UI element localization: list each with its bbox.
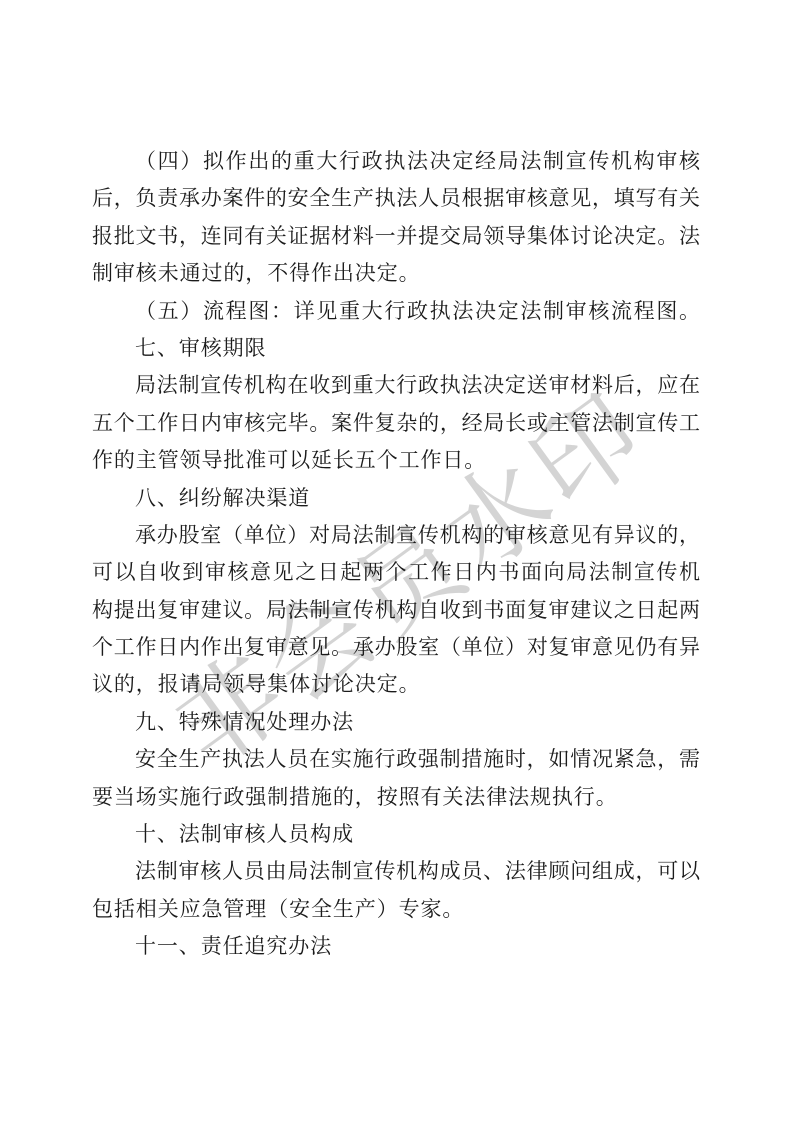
- text-line-20: 法制审核人员由局法制宣传机构成员、法律顾问组成，可以: [92, 853, 700, 890]
- text-line-13: 构提出复审建议。局法制宣传机构自收到书面复审建议之日起两: [92, 592, 700, 629]
- text-line-15: 议的，报请局领导集体讨论决定。: [92, 666, 700, 703]
- text-line-4: 制审核未通过的，不得作出决定。: [92, 255, 700, 292]
- document-page: 非会员水印 （四）拟作出的重大行政执法决定经局法制宣传机构审核后，负责承办案件的…: [0, 0, 793, 1122]
- text-line-6: 七、审核期限: [92, 330, 700, 367]
- text-line-12: 可以自收到审核意见之日起两个工作日内书面向局法制宣传机: [92, 554, 700, 591]
- text-line-5: （五）流程图：详见重大行政执法决定法制审核流程图。: [92, 293, 700, 330]
- text-line-16: 九、特殊情况处理办法: [92, 704, 700, 741]
- text-line-18: 要当场实施行政强制措施的，按照有关法律法规执行。: [92, 779, 700, 816]
- text-line-10: 八、纠纷解决渠道: [92, 480, 700, 517]
- text-line-8: 五个工作日内审核完毕。案件复杂的，经局长或主管法制宣传工: [92, 405, 700, 442]
- text-line-22: 十一、责任追究办法: [92, 928, 700, 965]
- text-line-21: 包括相关应急管理（安全生产）专家。: [92, 891, 700, 928]
- document-body: （四）拟作出的重大行政执法决定经局法制宣传机构审核后，负责承办案件的安全生产执法…: [92, 143, 700, 966]
- text-line-3: 报批文书，连同有关证据材料一并提交局领导集体讨论决定。法: [92, 218, 700, 255]
- text-line-19: 十、法制审核人员构成: [92, 816, 700, 853]
- text-line-2: 后，负责承办案件的安全生产执法人员根据审核意见，填写有关: [92, 180, 700, 217]
- text-line-9: 作的主管领导批准可以延长五个工作日。: [92, 442, 700, 479]
- text-line-1: （四）拟作出的重大行政执法决定经局法制宣传机构审核: [92, 143, 700, 180]
- text-line-17: 安全生产执法人员在实施行政强制措施时，如情况紧急，需: [92, 741, 700, 778]
- text-line-7: 局法制宣传机构在收到重大行政执法决定送审材料后，应在: [92, 367, 700, 404]
- text-line-11: 承办股室（单位）对局法制宣传机构的审核意见有异议的，: [92, 517, 700, 554]
- text-line-14: 个工作日内作出复审意见。承办股室（单位）对复审意见仍有异: [92, 629, 700, 666]
